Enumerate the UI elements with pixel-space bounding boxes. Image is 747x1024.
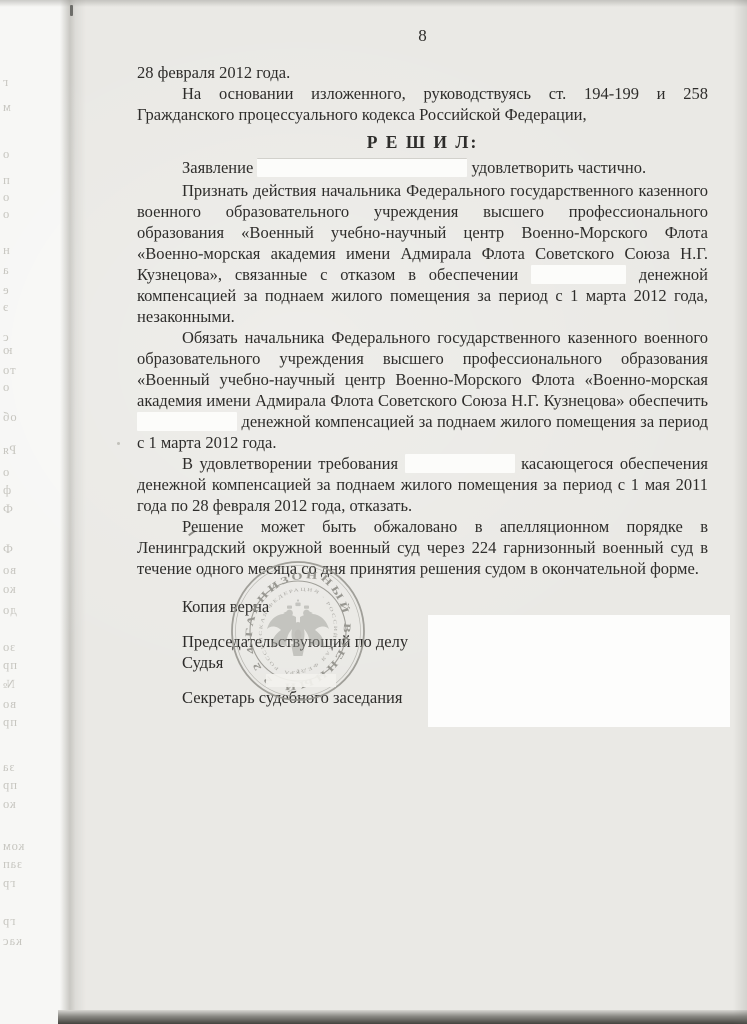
bleed-fragment: а <box>2 263 9 278</box>
redaction-box <box>531 265 626 284</box>
bleed-fragment: кас <box>2 934 22 949</box>
bleed-fragment: пр <box>2 778 17 793</box>
page-number: 8 <box>137 26 708 46</box>
bleed-fragment: ко <box>2 797 16 812</box>
scan-top-edge <box>0 0 747 7</box>
bleed-fragment: об <box>2 410 17 425</box>
bleed-fragment: н <box>2 243 10 258</box>
bleed-fragment: пр <box>2 658 17 673</box>
paragraph-text: 28 февраля 2012 года. <box>137 63 290 82</box>
scanned-court-decision-page: гмопоонаеэсютоообРяофФФвокодозопр№вопрза… <box>0 0 747 1024</box>
double-headed-eagle-emblem <box>267 599 329 656</box>
scan-speck <box>117 442 120 445</box>
bleed-fragment: пр <box>2 715 17 730</box>
scan-right-shade <box>733 0 747 1024</box>
bleed-fragment: о <box>2 380 9 395</box>
bleed-fragment: о <box>2 147 9 162</box>
bleed-fragment: Ря <box>2 443 16 458</box>
scan-bottom-edge <box>58 1010 747 1024</box>
paragraph-text: Обязать начальника Федерального государс… <box>137 328 708 410</box>
signature-redaction-box <box>428 615 730 727</box>
bleed-fragment: во <box>2 697 16 712</box>
bleed-fragment: за <box>2 760 15 775</box>
redaction-box <box>257 158 467 177</box>
bleed-fragment: ю <box>2 343 12 358</box>
paragraph: Признать действия начальника Федеральног… <box>137 180 708 327</box>
bleed-fragment: э <box>2 300 8 315</box>
bleed-fragment: ко <box>2 582 16 597</box>
bleed-fragment: е <box>2 283 9 298</box>
paragraph-text: Заявление <box>182 158 253 177</box>
paragraph-text: удовлетворить частично. <box>472 158 647 177</box>
bleed-fragment: зап <box>2 857 22 872</box>
bleed-fragment: во <box>2 563 16 578</box>
bleed-fragment: зо <box>2 640 15 655</box>
margin-bleed-text: гмопоонаеэсютоообРяофФФвокодозопр№вопрза… <box>2 0 42 1024</box>
paragraph: Решение может быть обжаловано в апелляци… <box>137 516 708 579</box>
redaction-box <box>137 412 237 431</box>
bleed-fragment: до <box>2 603 17 618</box>
bleed-fragment: о <box>2 207 9 222</box>
bleed-fragment: г <box>2 75 8 90</box>
bleed-fragment: о <box>2 190 9 205</box>
paragraph: В удовлетворении требования касающегося … <box>137 453 708 516</box>
paragraph-text: На основании изложенного, руководствуясь… <box>137 84 708 124</box>
paragraph: Заявление удовлетворить частично. <box>137 157 708 178</box>
bleed-fragment: Ф <box>2 502 13 517</box>
ruling-heading: Р Е Ш И Л: <box>137 132 708 153</box>
bleed-fragment: п <box>2 173 10 188</box>
court-seal-stamp: 2 2 4 ГАРНИЗОННЫЙ ВОЕННЫЙ СУД РОССИЙСКАЯ… <box>228 560 368 702</box>
bleed-fragment: то <box>2 363 16 378</box>
paragraph-text: В удовлетворении требования <box>182 454 398 473</box>
seal-redaction-patch <box>266 674 336 687</box>
bleed-fragment: ф <box>2 483 11 498</box>
judge-label: Судья <box>182 652 223 673</box>
paragraph: 28 февраля 2012 года. <box>137 62 708 83</box>
bleed-fragment: о <box>2 465 9 480</box>
bleed-fragment: гр <box>2 876 15 891</box>
paragraph: На основании изложенного, руководствуясь… <box>137 83 708 125</box>
bleed-fragment: гр <box>2 914 15 929</box>
bleed-fragment: ком <box>2 839 24 854</box>
bleed-fragment: № <box>2 677 15 692</box>
bleed-fragment: Ф <box>2 542 13 557</box>
bleed-fragment: м <box>2 100 11 115</box>
paragraph-text: Решение может быть обжаловано в апелляци… <box>137 517 708 578</box>
paragraph: Обязать начальника Федерального государс… <box>137 327 708 453</box>
redaction-box <box>405 454 515 473</box>
scan-speck <box>70 5 73 16</box>
